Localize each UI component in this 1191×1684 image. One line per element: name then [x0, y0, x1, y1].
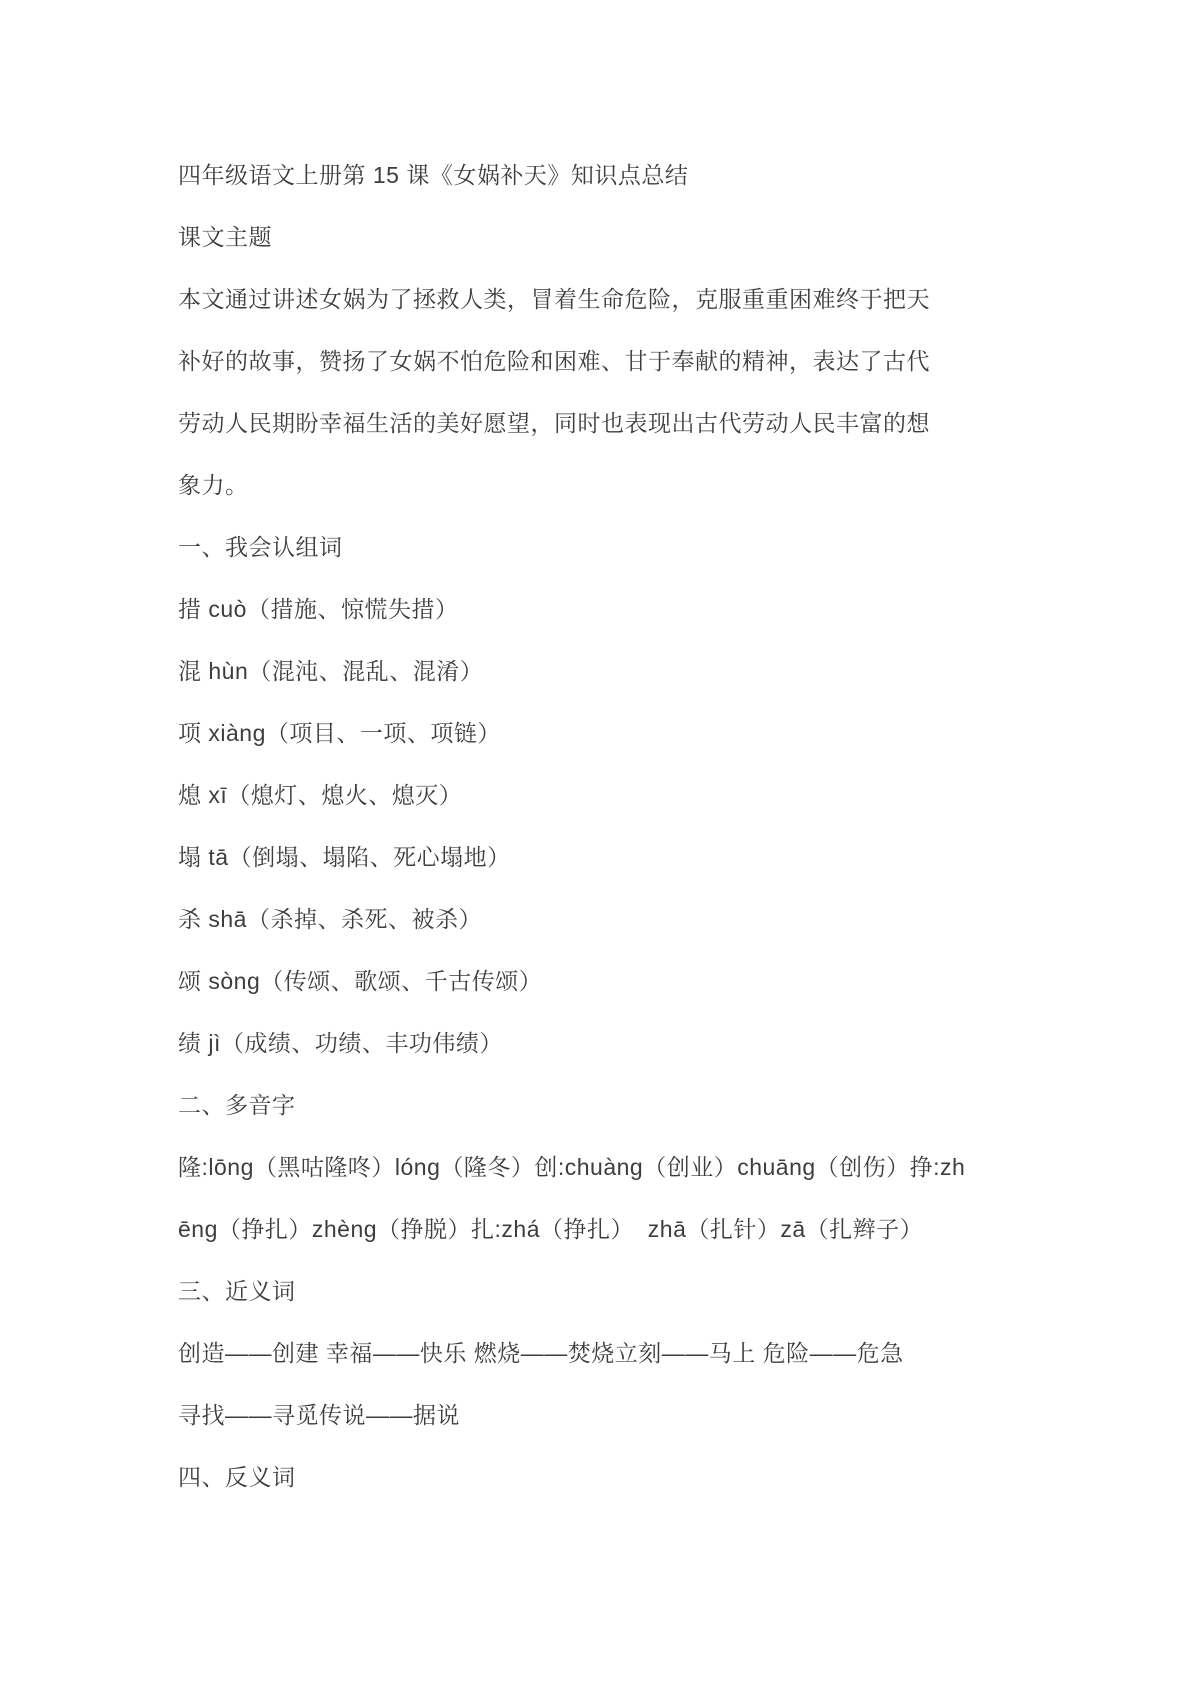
word-item: 杀 shā（杀掉、杀死、被杀）	[178, 888, 1051, 950]
synonyms-line: 创造——创建 幸福——快乐 燃烧——焚烧立刻——马上 危险——危急	[178, 1322, 1051, 1384]
section-heading-recognize-words: 一、我会认组词	[178, 516, 1051, 578]
word-item: 绩 jì（成绩、功绩、丰功伟绩）	[178, 1012, 1051, 1074]
word-item: 颂 sòng（传颂、歌颂、千古传颂）	[178, 950, 1051, 1012]
theme-paragraph-line: 本文通过讲述女娲为了拯救人类，冒着生命危险，克服重重困难终于把天	[178, 268, 1051, 330]
theme-heading: 课文主题	[178, 206, 1051, 268]
theme-paragraph-line: 补好的故事，赞扬了女娲不怕危险和困难、甘于奉献的精神，表达了古代	[178, 330, 1051, 392]
section-heading-synonyms: 三、近义词	[178, 1260, 1051, 1322]
section-heading-antonyms: 四、反义词	[178, 1446, 1051, 1508]
theme-paragraph-line: 劳动人民期盼幸福生活的美好愿望，同时也表现出古代劳动人民丰富的想	[178, 392, 1051, 454]
theme-paragraph-line: 象力。	[178, 454, 1051, 516]
word-item: 混 hùn（混沌、混乱、混淆）	[178, 640, 1051, 702]
section-heading-polyphonic: 二、多音字	[178, 1074, 1051, 1136]
synonyms-line: 寻找——寻觅传说——据说	[178, 1384, 1051, 1446]
document-page: 四年级语文上册第 15 课《女娲补天》知识点总结 课文主题 本文通过讲述女娲为了…	[0, 0, 1191, 1684]
word-item: 项 xiàng（项目、一项、项链）	[178, 702, 1051, 764]
polyphonic-line: ēng（挣扎）zhèng（挣脱）扎:zhá（挣扎） zhā（扎针）zā（扎辫子）	[178, 1198, 1051, 1260]
word-item: 塌 tā（倒塌、塌陷、死心塌地）	[178, 826, 1051, 888]
doc-title: 四年级语文上册第 15 课《女娲补天》知识点总结	[178, 144, 1051, 206]
polyphonic-line: 隆:lōng（黑咕隆咚）lóng（隆冬）创:chuàng（创业）chuāng（创…	[178, 1136, 1051, 1198]
word-item: 措 cuò（措施、惊慌失措）	[178, 578, 1051, 640]
word-item: 熄 xī（熄灯、熄火、熄灭）	[178, 764, 1051, 826]
